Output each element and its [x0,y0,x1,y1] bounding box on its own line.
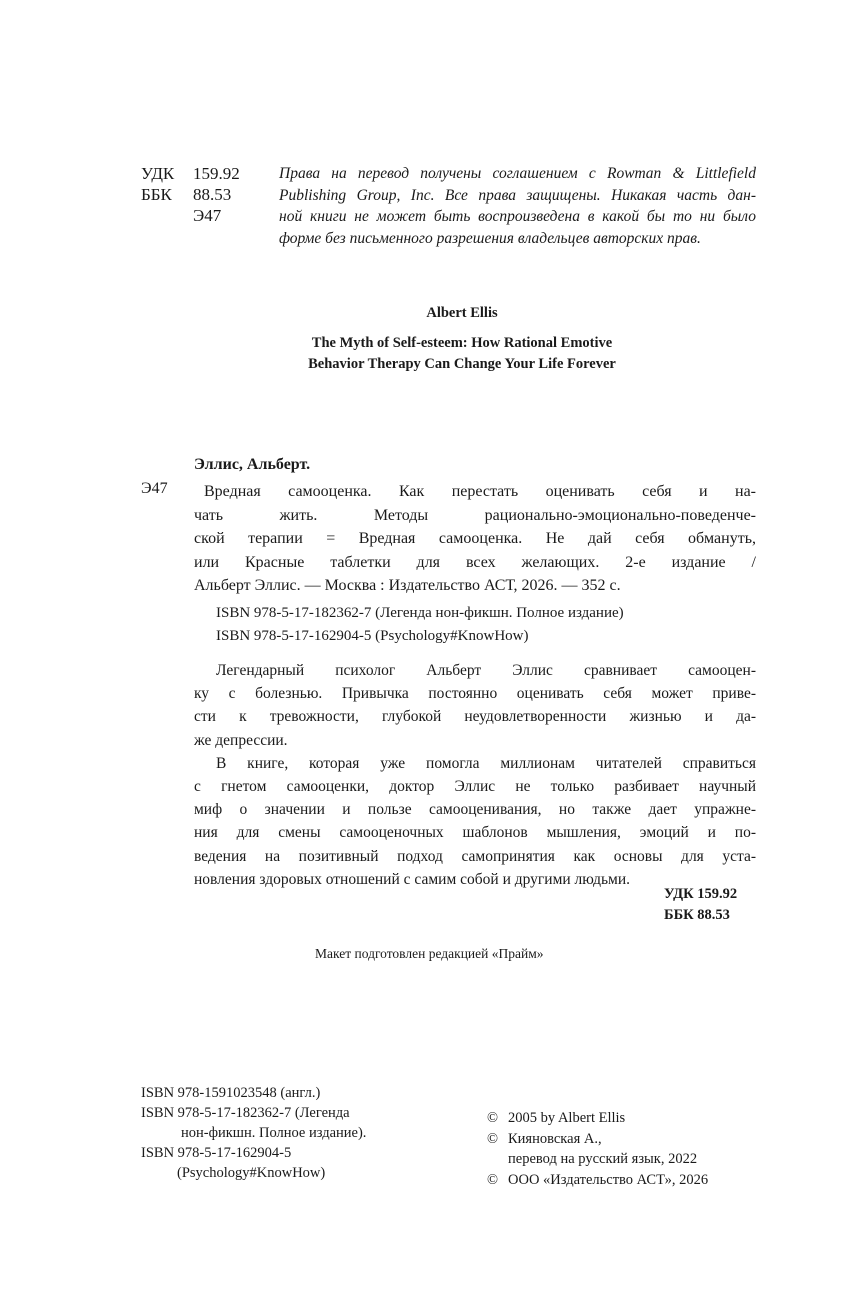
catalog-author-code: Э47 [141,480,168,498]
classification-codes-top: УДК 159.92 ББК 88.53 Э47 [141,163,240,226]
catalog-line: Вредная самооценка. Как перестать оценив… [194,480,756,504]
abstract-line: ку с болезнью. Привычка постоянно оценив… [194,682,756,705]
abstract-line: ния для смены самооценочных шаблонов мыш… [194,821,756,844]
original-edition: Albert Ellis The Myth of Self-esteem: Ho… [230,303,694,375]
abstract-line: миф о значении и пользе самооценивания, … [194,798,756,821]
isbn-item: ISBN 978-5-17-162904-5 [141,1143,366,1163]
abstract-line: же депрессии. [194,729,756,752]
copyright-icon: © [487,1108,508,1129]
catalog-author-heading: Эллис, Альберт. [194,456,310,474]
author-mark-value: Э47 [193,205,221,226]
isbn-item: ISBN 978-1591023548 (англ.) [141,1083,366,1103]
rights-line: Publishing Group, Inc. Все права защищен… [279,185,756,207]
abstract-line: В книге, которая уже помогла миллионам ч… [194,752,756,775]
isbn-item-continuation: нон-фикшн. Полное издание). [141,1123,366,1143]
catalog-line: чать жить. Методы рационально-эмоциональ… [194,504,756,528]
udk-value: 159.92 [193,163,240,184]
original-author: Albert Ellis [230,303,694,323]
copyright-text: ООО «Издательство АСТ», 2026 [508,1170,708,1191]
bbk-row: ББК 88.53 [141,184,240,205]
original-title-line: The Myth of Self-esteem: How Rational Em… [230,333,694,354]
udk-label: УДК [141,163,193,184]
catalog-description: Вредная самооценка. Как перестать оценив… [194,480,756,598]
abstract-line: Легендарный психолог Альберт Эллис сравн… [194,659,756,682]
udk-row: УДК 159.92 [141,163,240,184]
rights-line: Права на перевод получены соглашением с … [279,163,756,185]
abstract-line: ведения на позитивный подход самоприняти… [194,845,756,868]
rights-line: форме без письменного разрешения владель… [279,228,756,250]
copyright-item: © 2005 by Albert Ellis [487,1108,708,1129]
abstract-line: сти к тревожности, глубокой неудовлетвор… [194,705,756,728]
original-title-line: Behavior Therapy Can Change Your Life Fo… [230,354,694,375]
copyright-item: © Кияновская А., [487,1129,708,1150]
catalog-line: ской терапии = Вредная самооценка. Не да… [194,527,756,551]
isbn-item: ISBN 978-5-17-182362-7 (Легенда [141,1103,366,1123]
isbn-line: ISBN 978-5-17-162904-5 (Psychology#KnowH… [216,625,624,648]
copyright-text: перевод на русский язык, 2022 [508,1149,697,1170]
bbk-code: ББК 88.53 [664,905,737,926]
copyright-spacer [487,1149,508,1170]
catalog-isbns: ISBN 978-5-17-182362-7 (Легенда нон-фикш… [216,602,624,648]
abstract: Легендарный психолог Альберт Эллис сравн… [194,659,756,891]
author-mark-label [141,205,193,226]
abstract-line: с гнетом самооценки, доктор Эллис не тол… [194,775,756,798]
copyright-item: © ООО «Издательство АСТ», 2026 [487,1170,708,1191]
copyright-icon: © [487,1170,508,1191]
udk-code: УДК 159.92 [664,884,737,905]
author-mark-row: Э47 [141,205,240,226]
copyright-item-continuation: перевод на русский язык, 2022 [487,1149,708,1170]
rights-line: ной книги не может быть воспроизведена в… [279,206,756,228]
isbn-item-continuation: (Psychology#KnowHow) [141,1163,366,1183]
bbk-value: 88.53 [193,184,231,205]
bbk-label: ББК [141,184,193,205]
isbn-line: ISBN 978-5-17-182362-7 (Легенда нон-фикш… [216,602,624,625]
rights-notice: Права на перевод получены соглашением с … [279,163,756,249]
catalog-line: Альберт Эллис. — Москва : Издательство А… [194,574,756,598]
copyrights: © 2005 by Albert Ellis © Кияновская А., … [487,1108,708,1190]
classification-codes-bottom: УДК 159.92 ББК 88.53 [664,884,737,926]
layout-note: Макет подготовлен редакцией «Прайм» [315,946,544,962]
copyright-icon: © [487,1129,508,1150]
copyright-text: 2005 by Albert Ellis [508,1108,625,1129]
catalog-line: или Красные таблетки для всех желающих. … [194,551,756,575]
copyright-text: Кияновская А., [508,1129,602,1150]
isbn-list: ISBN 978-1591023548 (англ.) ISBN 978-5-1… [141,1083,366,1183]
